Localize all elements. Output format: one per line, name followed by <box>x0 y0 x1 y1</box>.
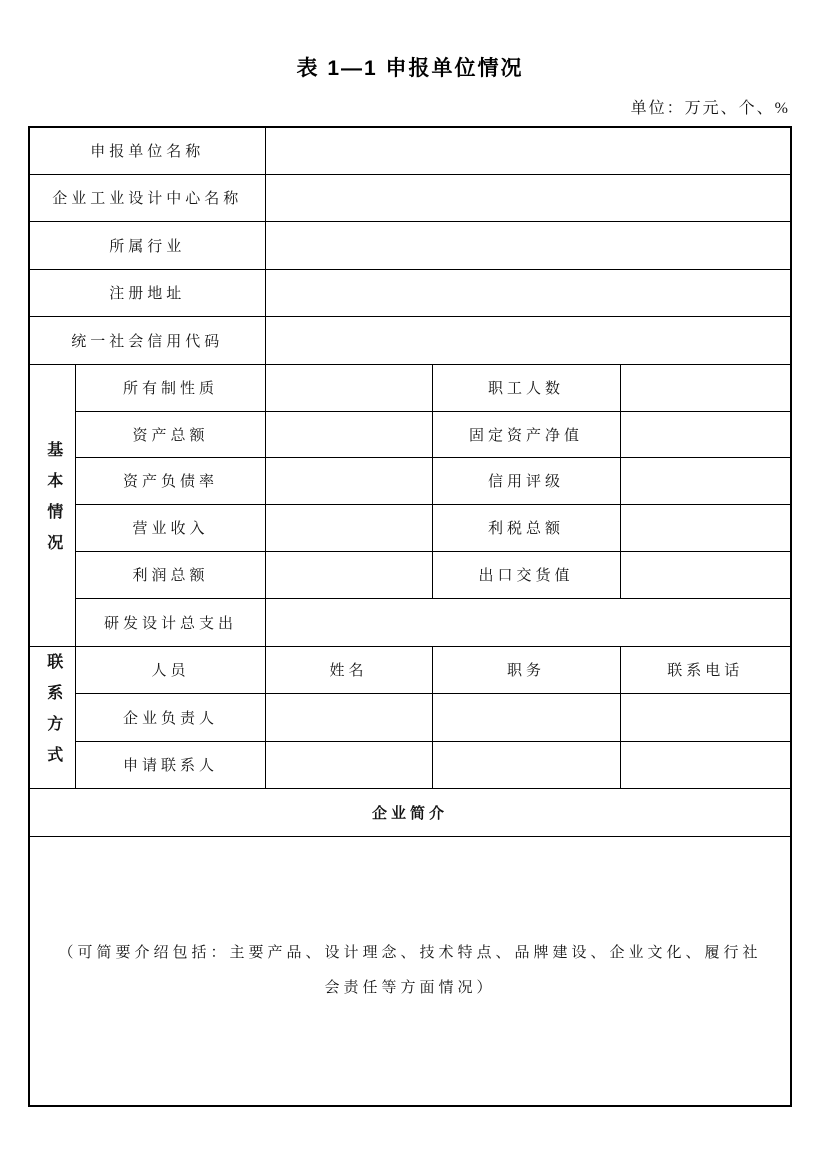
operating-revenue-input-cell[interactable] <box>265 504 432 551</box>
table-row: 营业收入 利税总额 <box>29 504 791 551</box>
basic-info-section-label-text: 基本情况 <box>33 441 73 565</box>
export-delivery-value-label: 出口交货值 <box>432 551 620 598</box>
total-profit-tax-input-cell[interactable] <box>620 504 791 551</box>
ownership-type-input-cell[interactable] <box>265 364 432 411</box>
design-center-name-label: 企业工业设计中心名称 <box>29 174 265 221</box>
credit-rating-label: 信用评级 <box>432 457 620 504</box>
operating-revenue-label: 营业收入 <box>76 504 265 551</box>
social-credit-code-label: 统一社会信用代码 <box>29 316 265 364</box>
contact-section-label: 联系方式 <box>29 646 76 788</box>
table-row: 统一社会信用代码 <box>29 316 791 364</box>
asset-liability-ratio-input-cell[interactable] <box>265 457 432 504</box>
design-center-name-input-cell[interactable] <box>265 174 791 221</box>
registered-address-label: 注册地址 <box>29 269 265 316</box>
unit-note: 单位：万元、个、% <box>30 98 790 120</box>
rd-design-expenditure-input-cell[interactable] <box>265 598 791 646</box>
employee-count-label: 职工人数 <box>432 364 620 411</box>
table-row: 基本情况 所有制性质 职工人数 <box>29 364 791 411</box>
table-row: 资产负债率 信用评级 <box>29 457 791 504</box>
ownership-type-label: 所有制性质 <box>76 364 265 411</box>
declaring-unit-name-label: 申报单位名称 <box>29 127 265 174</box>
table-row: 所属行业 <box>29 221 791 269</box>
application-contact-label: 申请联系人 <box>76 741 265 788</box>
asset-liability-ratio-label: 资产负债率 <box>76 457 265 504</box>
table-row: 企业工业设计中心名称 <box>29 174 791 221</box>
declaring-unit-name-input-cell[interactable] <box>265 127 791 174</box>
application-contact-phone-input-cell[interactable] <box>620 741 791 788</box>
person-column-header: 人员 <box>76 646 265 693</box>
social-credit-code-input-cell[interactable] <box>265 316 791 364</box>
table-row: 资产总额 固定资产净值 <box>29 411 791 457</box>
fixed-assets-net-value-label: 固定资产净值 <box>432 411 620 457</box>
basic-info-section-label: 基本情况 <box>29 364 76 646</box>
page-title: 表 1—1 申报单位情况 <box>0 54 820 84</box>
table-row: 申报单位名称 <box>29 127 791 174</box>
total-profit-input-cell[interactable] <box>265 551 432 598</box>
company-profile-header: 企业简介 <box>29 788 791 836</box>
table-row: 注册地址 <box>29 269 791 316</box>
application-contact-name-input-cell[interactable] <box>265 741 432 788</box>
phone-column-header: 联系电话 <box>620 646 791 693</box>
registered-address-input-cell[interactable] <box>265 269 791 316</box>
table-row: 企业简介 <box>29 788 791 836</box>
employee-count-input-cell[interactable] <box>620 364 791 411</box>
enterprise-head-phone-input-cell[interactable] <box>620 693 791 741</box>
position-column-header: 职务 <box>432 646 620 693</box>
rd-design-expenditure-label: 研发设计总支出 <box>76 598 265 646</box>
table-row: （可简要介绍包括：主要产品、设计理念、技术特点、品牌建设、企业文化、履行社 会责… <box>29 836 791 1106</box>
enterprise-head-position-input-cell[interactable] <box>432 693 620 741</box>
table-row: 研发设计总支出 <box>29 598 791 646</box>
total-assets-input-cell[interactable] <box>265 411 432 457</box>
company-profile-input-cell[interactable]: （可简要介绍包括：主要产品、设计理念、技术特点、品牌建设、企业文化、履行社 会责… <box>29 836 791 1106</box>
name-column-header: 姓名 <box>265 646 432 693</box>
industry-label: 所属行业 <box>29 221 265 269</box>
table-row: 企业负责人 <box>29 693 791 741</box>
table-row: 利润总额 出口交货值 <box>29 551 791 598</box>
fixed-assets-net-value-input-cell[interactable] <box>620 411 791 457</box>
table-row: 申请联系人 <box>29 741 791 788</box>
applicant-info-table: 申报单位名称 企业工业设计中心名称 所属行业 注册地址 统一社会信用代码 基本情… <box>28 126 792 1107</box>
contact-section-label-text: 联系方式 <box>33 653 73 777</box>
credit-rating-input-cell[interactable] <box>620 457 791 504</box>
application-contact-position-input-cell[interactable] <box>432 741 620 788</box>
enterprise-head-label: 企业负责人 <box>76 693 265 741</box>
total-assets-label: 资产总额 <box>76 411 265 457</box>
export-delivery-value-input-cell[interactable] <box>620 551 791 598</box>
enterprise-head-name-input-cell[interactable] <box>265 693 432 741</box>
total-profit-label: 利润总额 <box>76 551 265 598</box>
total-profit-tax-label: 利税总额 <box>432 504 620 551</box>
table-row: 联系方式 人员 姓名 职务 联系电话 <box>29 646 791 693</box>
industry-input-cell[interactable] <box>265 221 791 269</box>
